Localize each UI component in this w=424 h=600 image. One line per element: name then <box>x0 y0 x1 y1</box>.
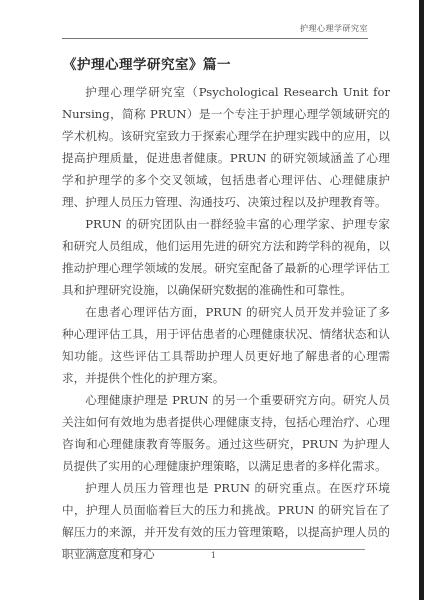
paragraph-mental-health-care: 心理健康护理是 PRUN 的另一个重要研究方向。研究人员关注如何有效地为患者提供… <box>62 389 390 477</box>
paragraph-intro: 护理心理学研究室（Psychological Research Unit for… <box>62 81 390 213</box>
page-header: 护理心理学研究室 <box>62 23 368 39</box>
scan-edge-bar <box>419 0 424 600</box>
page-number: 1 <box>62 551 365 561</box>
footer-divider <box>62 549 365 550</box>
paragraph-patient-assessment: 在患者心理评估方面，PRUN 的研究人员开发并验证了多种心理评估工具，用于评估患… <box>62 301 390 389</box>
document-page: 护理心理学研究室 《护理心理学研究室》篇一 护理心理学研究室（Psycholog… <box>0 0 424 600</box>
header-running-title: 护理心理学研究室 <box>300 24 368 33</box>
document-body: 护理心理学研究室（Psychological Research Unit for… <box>62 81 390 565</box>
paragraph-research-team: PRUN 的研究团队由一群经验丰富的心理学家、护理专家和研究人员组成，他们运用先… <box>62 213 390 301</box>
document-title: 《护理心理学研究室》篇一 <box>63 53 231 73</box>
